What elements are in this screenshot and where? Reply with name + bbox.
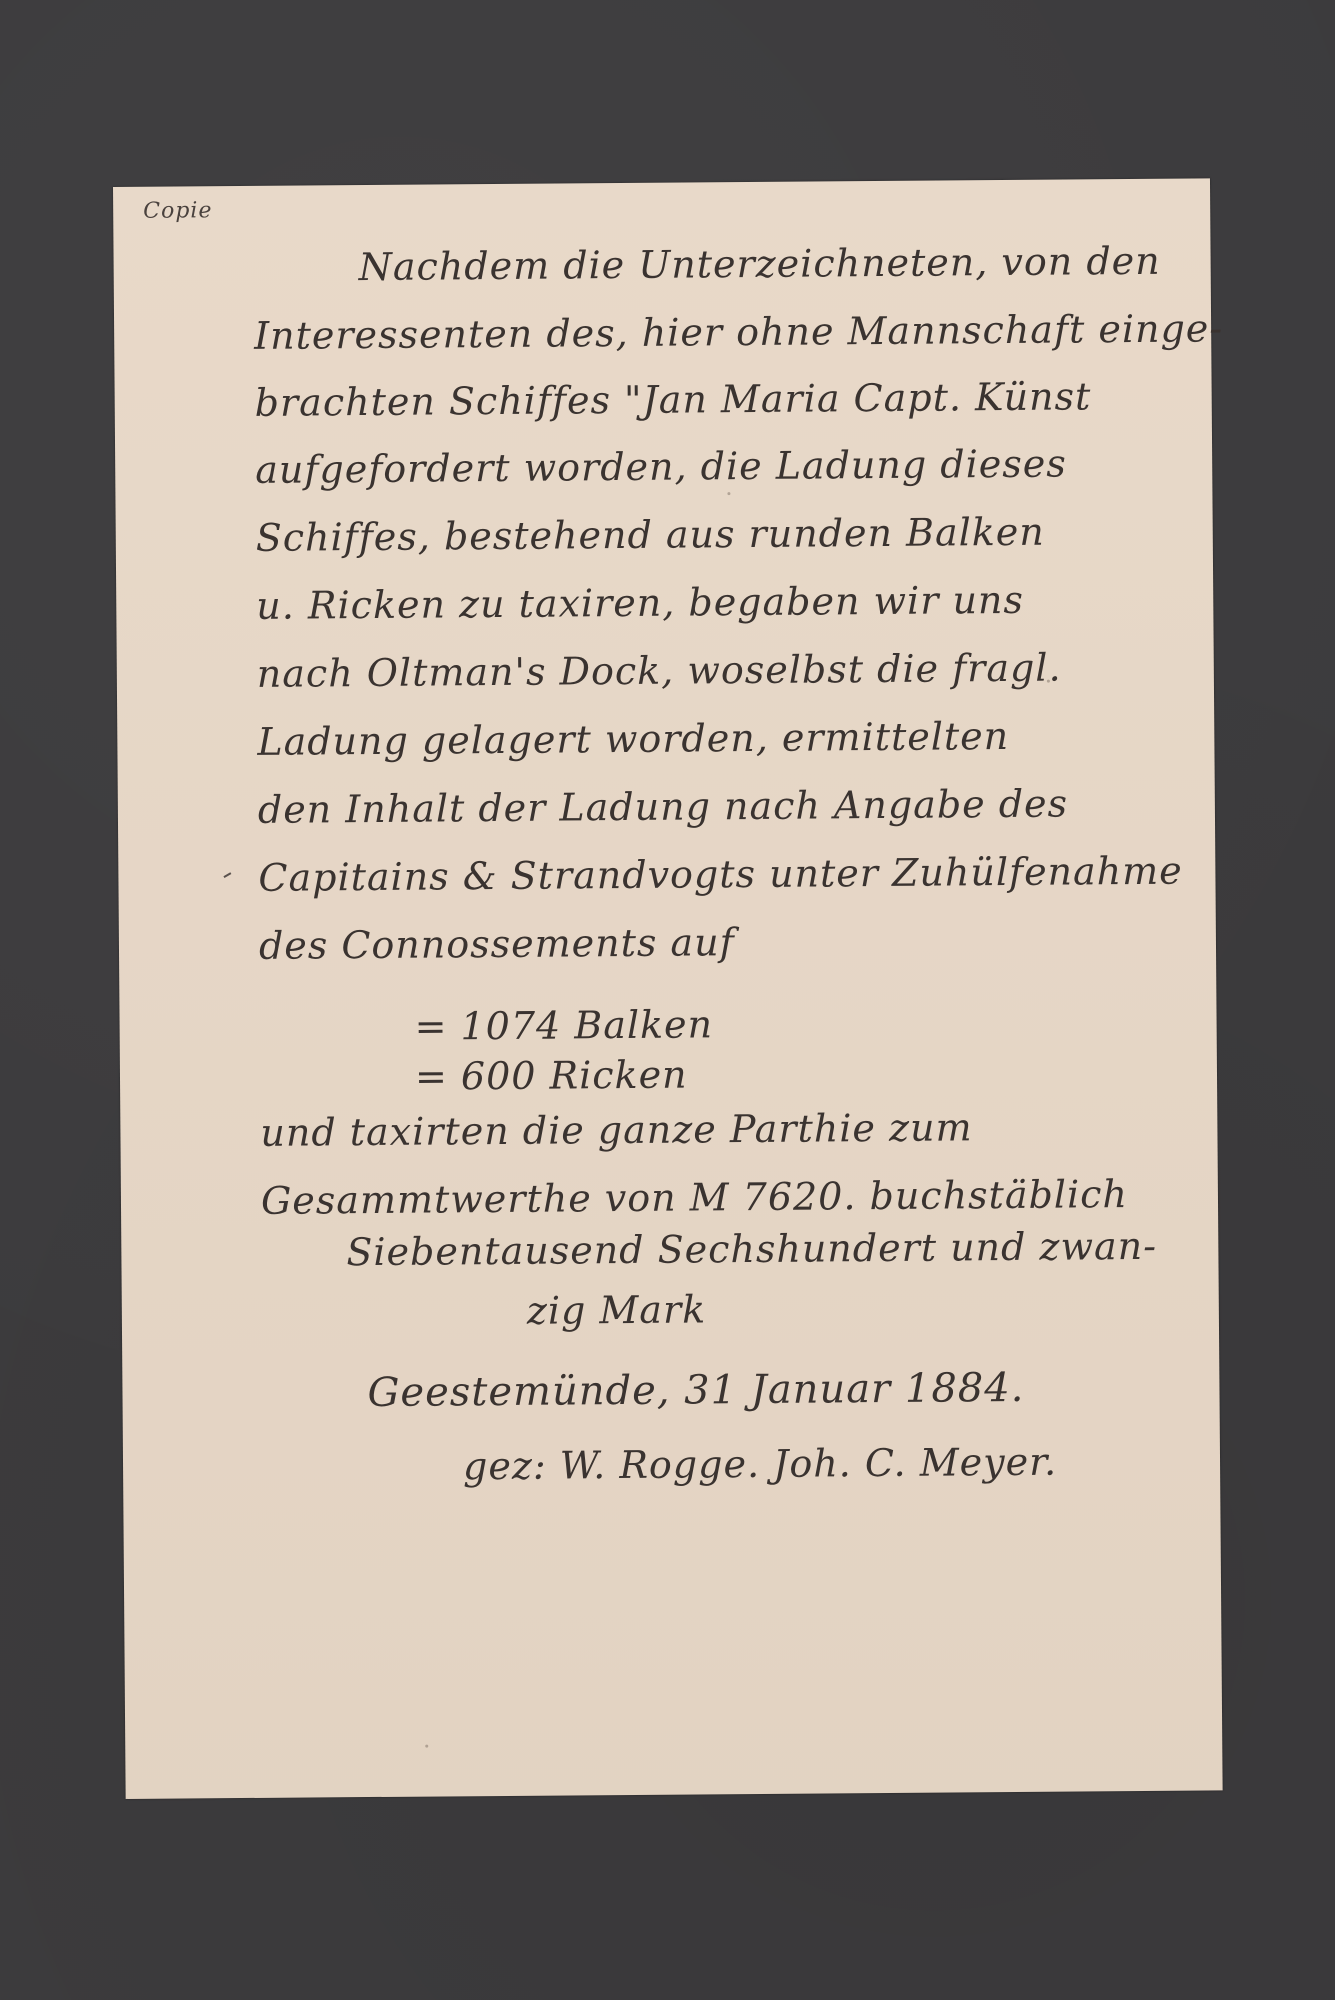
text-line: Schiffes, bestehend aus runden Balken — [256, 510, 1045, 560]
text-line: Ladung gelagert worden, ermittelten — [257, 714, 1009, 764]
cargo-item-ricken: = 600 Ricken — [415, 1053, 688, 1099]
paper-speck — [727, 492, 730, 495]
amount-in-words-cont: zig Mark — [527, 1287, 707, 1332]
paper-sheet: Copie Nachdem die Unterzeichneten, von d… — [113, 178, 1223, 1799]
text-line: aufgefordert worden, die Ladung dieses — [255, 442, 1067, 492]
text-line: des Connossements auf — [259, 920, 735, 968]
text-line: den Inhalt der Ladung nach Angabe des — [258, 782, 1069, 832]
paper-speck — [425, 1745, 428, 1748]
text-line: brachten Schiffes "Jan Maria Capt. Künst — [255, 374, 1092, 425]
ink-mark — [223, 872, 231, 878]
place-date: Geestemünde, 31 Januar 1884. — [367, 1365, 1024, 1416]
cargo-item-balken: = 1074 Balken — [414, 1002, 713, 1048]
text-line: nach Oltman's Dock, woselbst die fragl. — [257, 646, 1062, 696]
paper-speck — [1047, 680, 1050, 683]
text-line: u. Ricken zu taxiren, begaben wir uns — [256, 578, 1024, 628]
text-line: Nachdem die Unterzeichneten, von den — [358, 239, 1160, 289]
text-line: Interessenten des, hier ohne Mannschaft … — [254, 306, 1223, 358]
text-line: Capitains & Strandvogts unter Zuhülfenah… — [258, 849, 1183, 900]
amount-in-words: Siebentausend Sechshundert und zwan- — [346, 1224, 1157, 1274]
signatures: gez: W. Rogge. Joh. C. Meyer. — [463, 1440, 1057, 1489]
text-line: und taxirten die ganze Parthie zum — [260, 1105, 972, 1155]
text-line: Gesammtwerthe von M 7620. buchstäblich — [261, 1172, 1128, 1223]
margin-note: Copie — [143, 198, 212, 224]
